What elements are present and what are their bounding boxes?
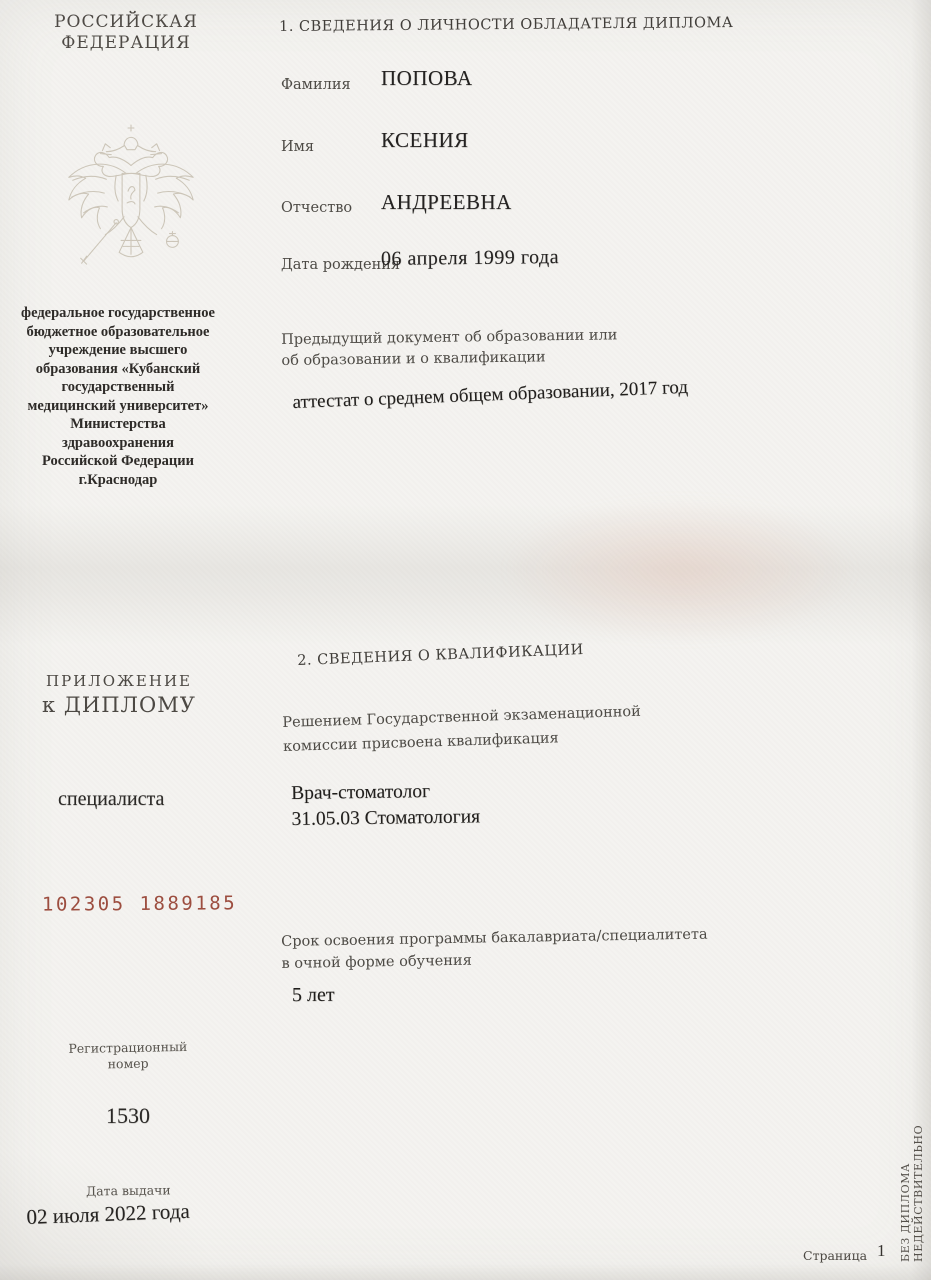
page-footer-label: Страница xyxy=(803,1248,867,1263)
diploma-supplement-page: РОССИЙСКАЯ ФЕДЕРАЦИЯ xyxy=(0,0,931,1280)
page-footer-number: 1 xyxy=(877,1241,886,1261)
birthdate-value: 06 апреля 1999 года xyxy=(381,246,559,271)
edge-validity-note: БЕЗ ДИПЛОМА НЕДЕЙСТВИТЕЛЬНО xyxy=(899,1036,925,1262)
scan-bottom-edge-shadow xyxy=(0,1264,931,1280)
registration-number-label: Регистрационный номер xyxy=(58,1039,199,1073)
coat-of-arms-icon xyxy=(57,112,205,290)
previous-document-label: Предыдущий документ об образовании или о… xyxy=(281,325,618,372)
supplement-subtitle: специалиста xyxy=(58,788,164,811)
section2-title: 2. СВЕДЕНИЯ О КВАЛИФИКАЦИИ xyxy=(297,642,584,669)
section1-title: 1. СВЕДЕНИЯ О ЛИЧНОСТИ ОБЛАДАТЕЛЯ ДИПЛОМ… xyxy=(279,15,733,35)
scan-pink-tint xyxy=(500,495,860,645)
firstname-label: Имя xyxy=(281,139,314,155)
patronymic-label: Отчество xyxy=(281,200,352,216)
institution-name: федеральное государственное бюджетное об… xyxy=(8,304,228,489)
previous-document-value: аттестат о среднем общем образовании, 20… xyxy=(292,377,688,414)
supplement-serial-number: 102305 1889185 xyxy=(42,892,237,915)
country-name: РОССИЙСКАЯ ФЕДЕРАЦИЯ xyxy=(40,12,212,54)
study-duration-value: 5 лет xyxy=(292,984,335,1007)
issue-date-label: Дата выдачи xyxy=(86,1182,171,1198)
surname-label: Фамилия xyxy=(281,77,351,93)
study-duration-label: Срок освоения программы бакалавриата/спе… xyxy=(281,924,708,975)
qualification-value: Врач-стоматолог 31.05.03 Стоматология xyxy=(291,778,480,833)
patronymic-value: АНДРЕЕВНА xyxy=(381,190,512,215)
supplement-title-line1: ПРИЛОЖЕНИЕ xyxy=(28,672,210,690)
supplement-title-line2: к ДИПЛОМУ xyxy=(28,693,210,717)
surname-value: ПОПОВА xyxy=(381,66,473,91)
registration-number-value: 1530 xyxy=(58,1103,198,1129)
firstname-value: КСЕНИЯ xyxy=(381,128,469,153)
qualification-decision-label: Решением Государственной экзаменационной… xyxy=(282,700,642,759)
supplement-title: ПРИЛОЖЕНИЕ к ДИПЛОМУ xyxy=(28,672,210,717)
